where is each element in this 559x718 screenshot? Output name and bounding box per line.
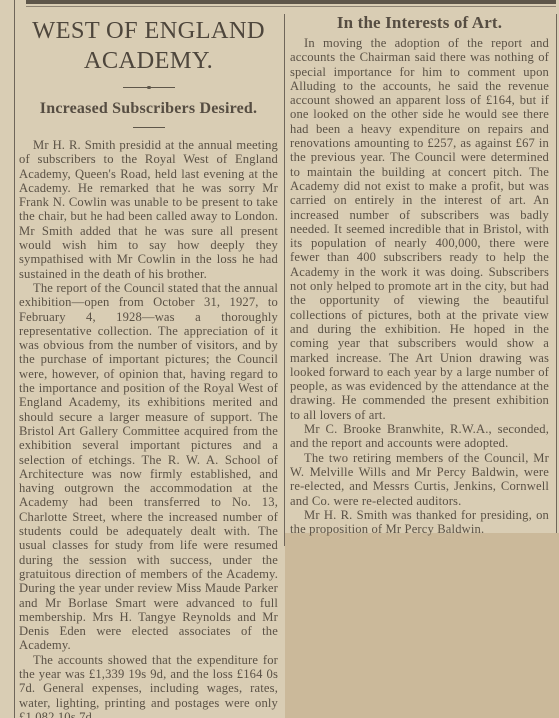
headline-line-2: ACADEMY. [84,47,213,74]
paragraph: The accounts showed that the expenditure… [19,653,278,718]
blank-area [285,533,559,718]
paragraph: In moving the adoption of the report and… [290,36,549,422]
top-border-thin-rule [26,6,556,7]
right-column-article: In the Interests of Art. In moving the a… [290,12,549,536]
paragraph: Mr H. R. Smith was thanked for presiding… [290,508,549,537]
headline-line-1: WEST OF ENGLAND [32,17,265,44]
paragraph: Mr C. Brooke Branwhite, R.W.A., seconded… [290,422,549,451]
paragraph: The report of the Council stated that th… [19,281,278,653]
short-divider [133,127,165,128]
left-column-rule [14,0,15,718]
left-column-article: WEST OF ENGLAND ACADEMY. Increased Subsc… [19,12,278,718]
column-divider [284,14,285,546]
ornament-divider-icon [123,86,175,89]
newspaper-clipping: WEST OF ENGLAND ACADEMY. Increased Subsc… [0,0,559,718]
right-column-rule [556,14,557,546]
subheading: Increased Subscribers Desired. [19,99,278,119]
paragraph: Mr H. R. Smith presidid at the annual me… [19,138,278,281]
headline: WEST OF ENGLAND ACADEMY. [19,16,278,76]
top-border-rule [26,0,556,4]
section-heading: In the Interests of Art. [290,12,549,34]
paragraph: The two retiring members of the Council,… [290,451,549,508]
